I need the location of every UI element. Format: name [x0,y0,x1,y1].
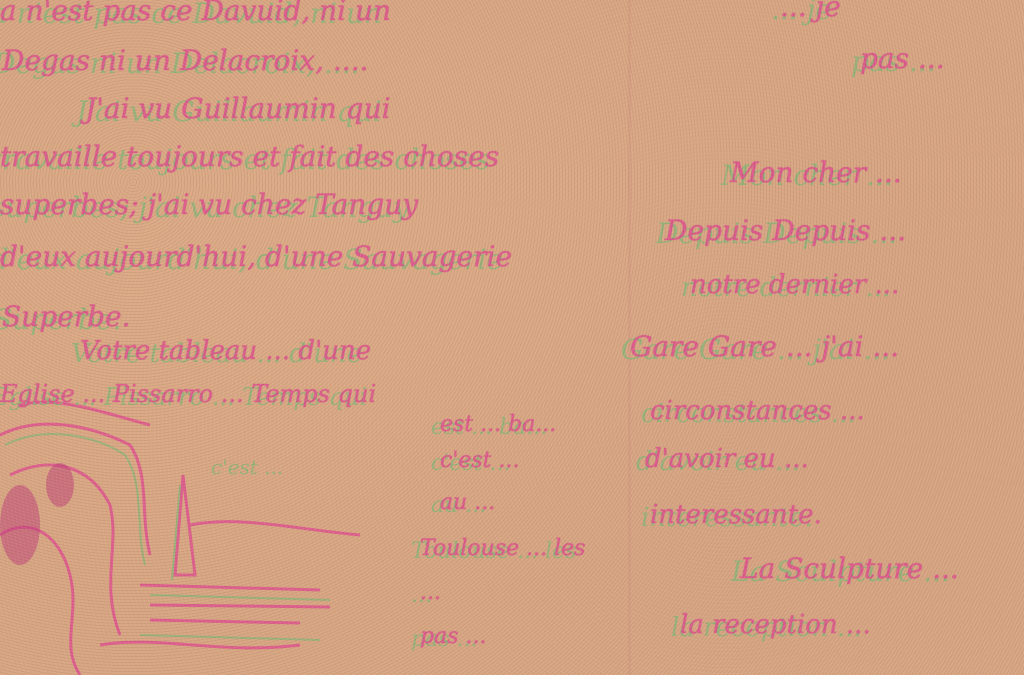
manuscript-page: a n'est pas ce Davuid, ni una n'est pas … [0,0,1024,675]
church-landscape-sketch [0,395,360,675]
